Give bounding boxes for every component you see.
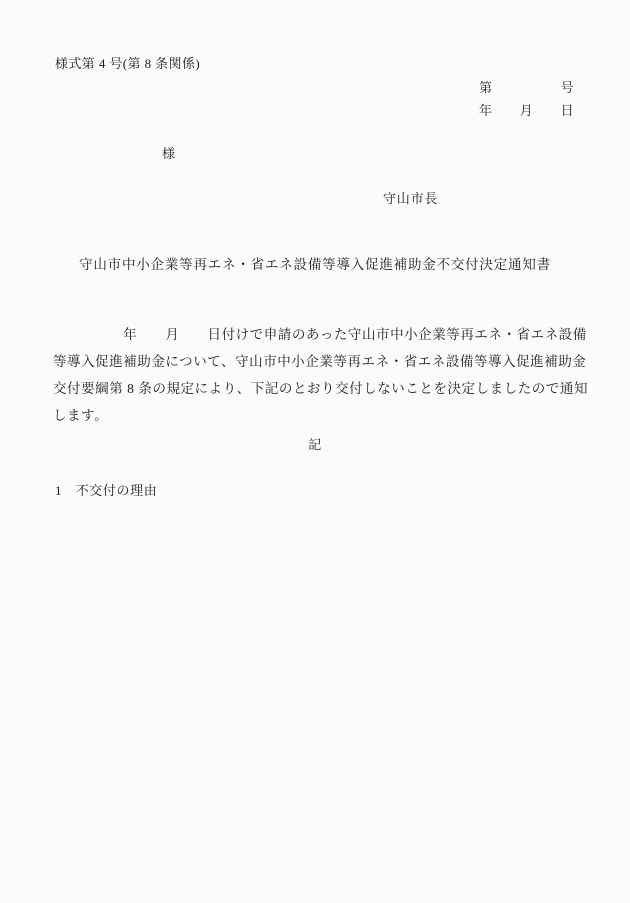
ki-record-marker: 記 <box>0 437 630 452</box>
document-page: 様式第 4 号(第 8 条関係) 第 号 年 月 日 様 守山市長 守山市中小企… <box>0 0 630 903</box>
document-number-line: 第 号 <box>479 80 574 95</box>
body-paragraph-line: 交付要綱第 8 条の規定により、下記のとおり交付しないことを決定しましたので通知 <box>53 381 588 396</box>
document-date-line: 年 月 日 <box>479 103 574 118</box>
form-number-label: 様式第 4 号(第 8 条関係) <box>55 56 200 71</box>
body-paragraph-line: 等導入促進補助金について、守山市中小企業等再エネ・省エネ設備等導入促進補助金 <box>53 354 586 369</box>
document-title: 守山市中小企業等再エネ・省エネ設備等導入促進補助金不交付決定通知書 <box>0 257 630 272</box>
item-1-non-grant-reason: 1 不交付の理由 <box>55 483 157 498</box>
body-paragraph-line: 年 月 日付けで申請のあった守山市中小企業等再エネ・省エネ設備 <box>53 327 587 342</box>
addressee-honorific: 様 <box>162 146 175 161</box>
body-paragraph-line: します。 <box>53 408 108 423</box>
sender-mayor-title: 守山市長 <box>383 191 438 206</box>
